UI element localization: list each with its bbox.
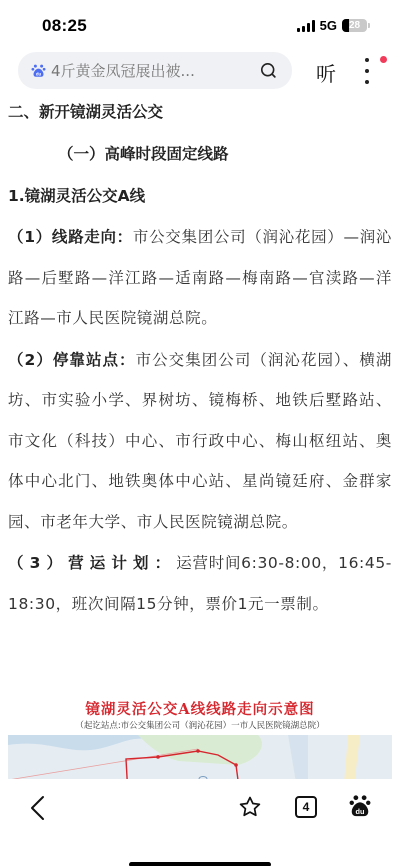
bottom-toolbar: 4 du (0, 780, 400, 866)
section-heading: 二、新开镜湖灵活公交 (0, 92, 400, 132)
route-label: （1）线路走向： (8, 228, 133, 246)
status-indicators: 5G 28 (297, 18, 370, 33)
stops-label: （2）停靠站点： (8, 351, 136, 369)
stops-paragraph: （2）停靠站点：市公交集团公司（润沁花园）、横湖坊、市实验小学、界树坊、镜梅桥、… (0, 340, 400, 543)
battery-level: 28 (349, 20, 360, 31)
schedule-label: （3）营运计划： (8, 554, 176, 572)
home-indicator (129, 862, 271, 866)
notification-dot (380, 56, 387, 63)
map-subtitle: （起讫站点:市公交集团公司（润沁花园）一市人民医院镜湖总院） (8, 720, 392, 732)
search-icon[interactable] (259, 61, 278, 80)
search-input[interactable]: du 4斤黄金凤冠展出被... (18, 52, 292, 89)
search-placeholder: 4斤黄金凤冠展出被... (51, 60, 195, 81)
route-paragraph: （1）线路走向：市公交集团公司（润沁花园）—润沁路—后墅路—洋江路—适南路—梅南… (0, 217, 400, 339)
more-vertical-icon[interactable] (362, 58, 372, 84)
top-nav: du 4斤黄金凤冠展出被... 听 (0, 52, 400, 90)
svg-text:du: du (36, 72, 42, 77)
listen-button[interactable]: 听 (316, 58, 336, 87)
star-icon[interactable] (238, 795, 262, 819)
line-heading: 1.镜湖灵活公交A线 (0, 176, 400, 216)
stops-text: 市公交集团公司（润沁花园）、横湖坊、市实验小学、界树坊、镜梅桥、地铁后墅路站、市… (8, 351, 392, 531)
battery-icon: 28 (342, 19, 367, 32)
article-content: 二、新开镜湖灵活公交 （一）高峰时段固定线路 1.镜湖灵活公交A线 （1）线路走… (0, 92, 400, 624)
battery-tip (368, 23, 370, 28)
svg-text:du: du (356, 807, 365, 816)
status-time: 08:25 (42, 16, 87, 36)
tabs-count-button[interactable]: 4 (295, 796, 317, 818)
status-bar: 08:25 5G 28 (0, 0, 400, 48)
route-map-image[interactable]: 镜湖灵活公交A线线路走向示意图 （起讫站点:市公交集团公司（润沁花园）一市人民医… (8, 701, 392, 779)
network-type: 5G (320, 18, 337, 33)
chevron-left-icon[interactable] (28, 794, 48, 822)
route-map (8, 735, 392, 779)
subsection-heading: （一）高峰时段固定线路 (0, 134, 400, 174)
baidu-paw-icon[interactable]: du (349, 794, 371, 818)
baidu-paw-icon: du (31, 63, 46, 78)
signal-icon (297, 20, 315, 32)
schedule-paragraph: （3）营运计划：运营时间6:30-8:00，16:45-18:30，班次间隔15… (0, 543, 400, 624)
map-title: 镜湖灵活公交A线线路走向示意图 (8, 701, 392, 719)
